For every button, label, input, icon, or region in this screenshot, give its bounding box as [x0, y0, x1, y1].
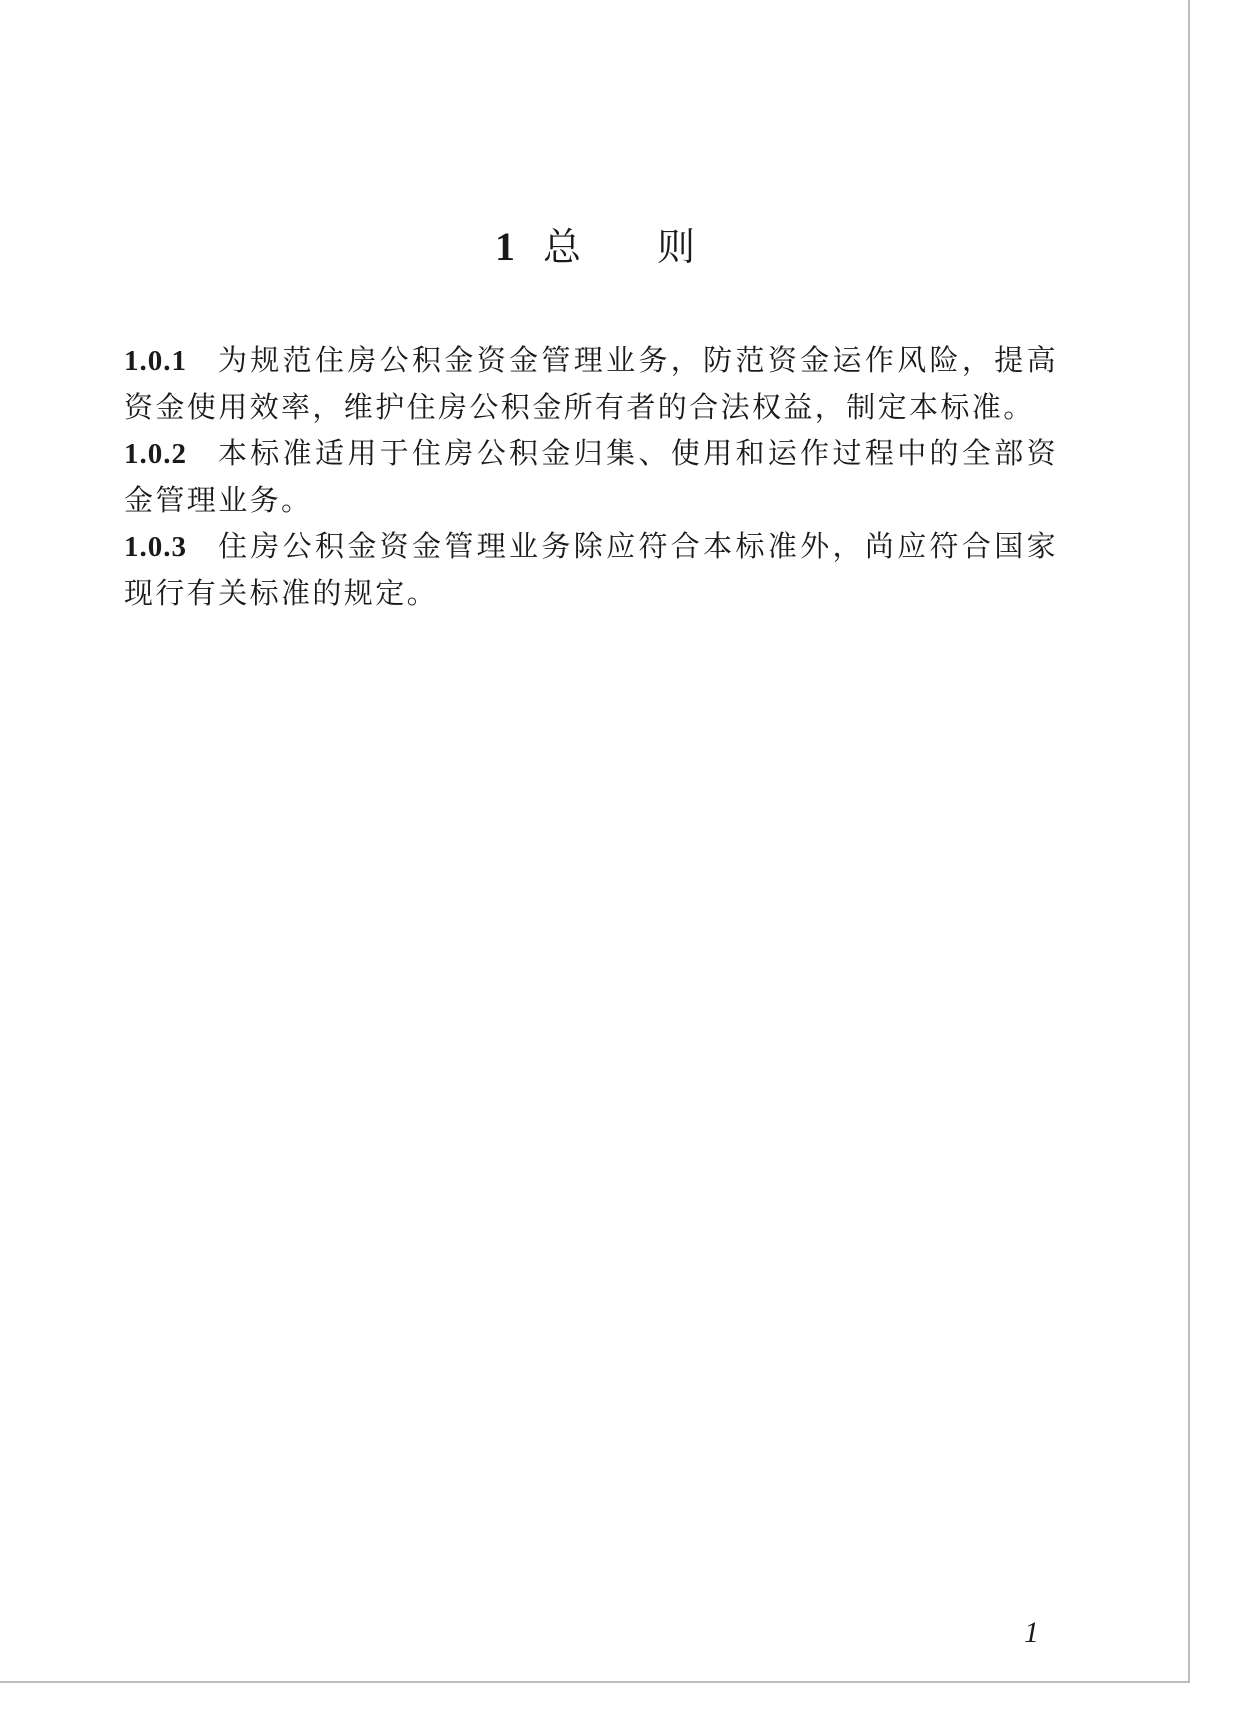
- clause-number: 1.0.1: [124, 345, 187, 377]
- clause-1-0-3: 1.0.3住房公积金资金管理业务除应符合本标准外，尚应符合国家现行有关标准的规定…: [124, 523, 1058, 616]
- clause-1-0-2: 1.0.2本标准适用于住房公积金归集、使用和运作过程中的全部资金管理业务。: [124, 430, 1058, 523]
- clause-text: 本标准适用于住房公积金归集、使用和运作过程中的全部资金管理业务。: [124, 436, 1058, 517]
- chapter-title: 总 则: [543, 225, 695, 269]
- clause-number: 1.0.2: [124, 438, 187, 470]
- clause-text: 为规范住房公积金资金管理业务，防范资金运作风险，提高资金使用效率，维护住房公积金…: [124, 343, 1058, 424]
- clause-number: 1.0.3: [124, 531, 187, 563]
- page-number: 1: [1024, 1616, 1039, 1650]
- document-page: 1总 则 1.0.1为规范住房公积金资金管理业务，防范资金运作风险，提高资金使用…: [0, 0, 1190, 1683]
- chapter-heading: 1总 则: [0, 222, 1190, 272]
- clause-text: 住房公积金资金管理业务除应符合本标准外，尚应符合国家现行有关标准的规定。: [124, 529, 1058, 610]
- clause-1-0-1: 1.0.1为规范住房公积金资金管理业务，防范资金运作风险，提高资金使用效率，维护…: [124, 337, 1058, 430]
- chapter-body: 1.0.1为规范住房公积金资金管理业务，防范资金运作风险，提高资金使用效率，维护…: [124, 337, 1058, 616]
- chapter-number: 1: [495, 224, 515, 269]
